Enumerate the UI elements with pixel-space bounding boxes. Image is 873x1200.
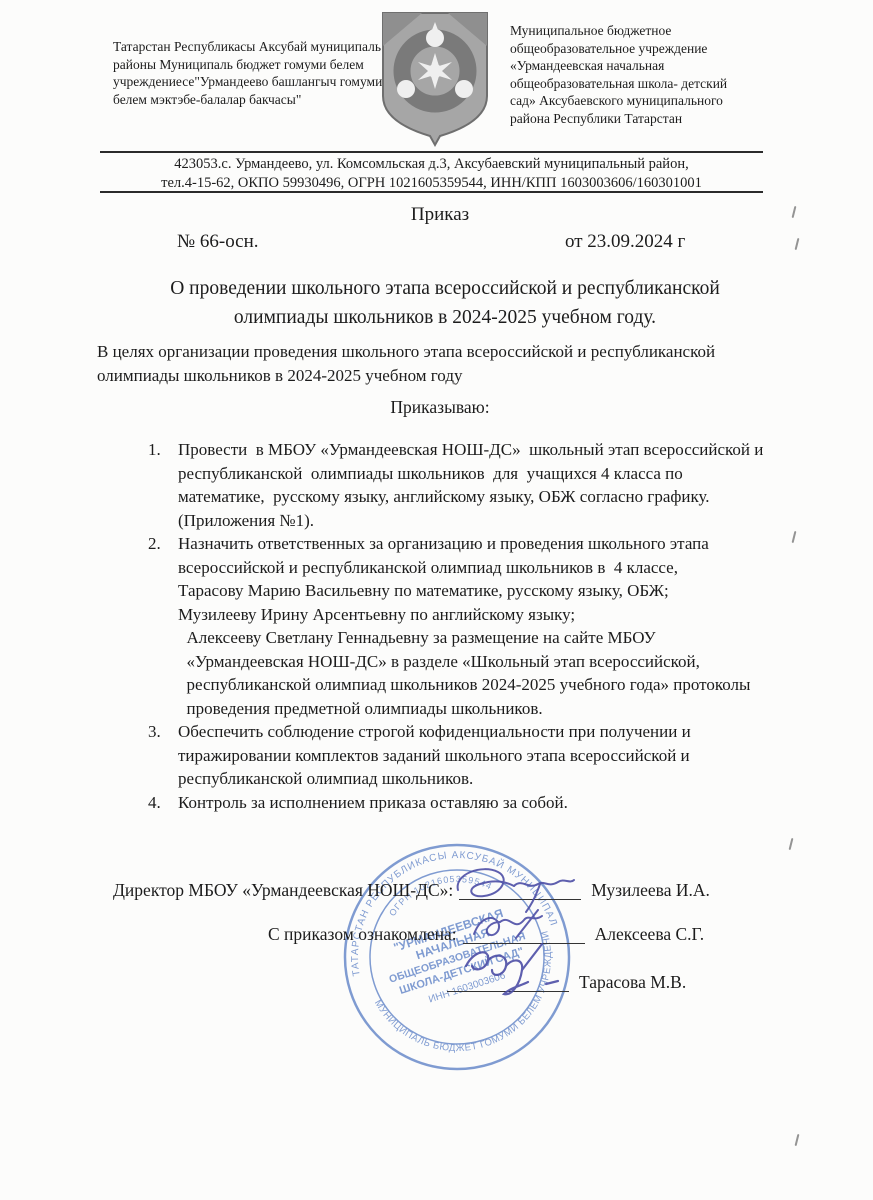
coat-of-arms-icon bbox=[374, 8, 496, 148]
list-item: 2. Назначить ответственных за организаци… bbox=[148, 532, 793, 720]
intro-line-1: В целях организации проведения школьного… bbox=[97, 340, 799, 364]
order-title: О проведении школьного этапа всероссийск… bbox=[95, 274, 795, 332]
resolve-word: Приказываю: bbox=[100, 397, 780, 418]
scan-artifact-mark bbox=[792, 206, 797, 218]
signature-line bbox=[463, 925, 585, 944]
org-name-russian: Муниципальное бюджетное общеобразователь… bbox=[510, 22, 748, 127]
item-number: 1. bbox=[148, 438, 178, 532]
director-signature-row: Директор МБОУ «Урмандеевская НОШ-ДС»: Му… bbox=[113, 880, 710, 901]
scan-artifact-mark bbox=[795, 238, 800, 250]
acknowledged-signature-row-2: Тарасова М.В. bbox=[447, 972, 686, 993]
order-intro: В целях организации проведения школьного… bbox=[97, 340, 799, 387]
order-items-list: 1. Провести в МБОУ «Урмандеевская НОШ-ДС… bbox=[148, 438, 793, 814]
item-number: 2. bbox=[148, 532, 178, 720]
order-title-line-1: О проведении школьного этапа всероссийск… bbox=[95, 274, 795, 303]
order-title-line-2: олимпиады школьников в 2024-2025 учебном… bbox=[95, 303, 795, 332]
director-name: Музилеева И.А. bbox=[591, 880, 710, 901]
signature-line bbox=[447, 973, 569, 992]
scanned-order-document: Татарстан Республикасы Аксубай муниципал… bbox=[0, 0, 873, 1200]
list-item: 1. Провести в МБОУ «Урмандеевская НОШ-ДС… bbox=[148, 438, 793, 532]
item-number: 4. bbox=[148, 791, 178, 815]
order-date: от 23.09.2024 г bbox=[565, 231, 685, 253]
intro-line-2: олимпиады школьников в 2024-2025 учебном… bbox=[97, 364, 799, 388]
item-text: Провести в МБОУ «Урмандеевская НОШ-ДС» ш… bbox=[178, 438, 793, 532]
org-name-tatar: Татарстан Республикасы Аксубай муниципал… bbox=[113, 38, 389, 108]
header-divider-top bbox=[100, 151, 763, 153]
round-school-stamp: ТАТАРСТАН РЕСПУБЛИКАСЫ АКСУБАЙ МУНИЦИПАЛ… bbox=[336, 836, 578, 1078]
address-line-1: 423053.с. Урмандеево, ул. Комсомльская д… bbox=[100, 155, 763, 174]
item-text: Назначить ответственных за организацию и… bbox=[178, 532, 793, 720]
acknowledged-name-1: Алексеева С.Г. bbox=[595, 924, 704, 945]
director-label: Директор МБОУ «Урмандеевская НОШ-ДС»: bbox=[113, 880, 453, 901]
order-number: № 66-осн. bbox=[177, 231, 259, 253]
item-text: Обеспечить соблюдение строгой кофиденциа… bbox=[178, 720, 793, 791]
scan-artifact-mark bbox=[789, 838, 794, 850]
item-number: 3. bbox=[148, 720, 178, 791]
item-text: Контроль за исполнением приказа оставляю… bbox=[178, 791, 793, 815]
address-line-2: тел.4-15-62, ОКПО 59930496, ОГРН 1021605… bbox=[100, 174, 763, 193]
document-type-heading: Приказ bbox=[100, 204, 780, 226]
acknowledged-name-2: Тарасова М.В. bbox=[579, 972, 686, 993]
header-divider-bottom bbox=[100, 191, 763, 193]
org-address-requisites: 423053.с. Урмандеево, ул. Комсомльская д… bbox=[100, 155, 763, 192]
acknowledged-label: С приказом ознакомлена: bbox=[268, 924, 457, 945]
scan-artifact-mark bbox=[795, 1134, 800, 1146]
signature-line bbox=[459, 881, 581, 900]
acknowledged-signature-row: С приказом ознакомлена: Алексеева С.Г. bbox=[268, 924, 704, 945]
list-item: 3. Обеспечить соблюдение строгой кофиден… bbox=[148, 720, 793, 791]
list-item: 4. Контроль за исполнением приказа остав… bbox=[148, 791, 793, 815]
